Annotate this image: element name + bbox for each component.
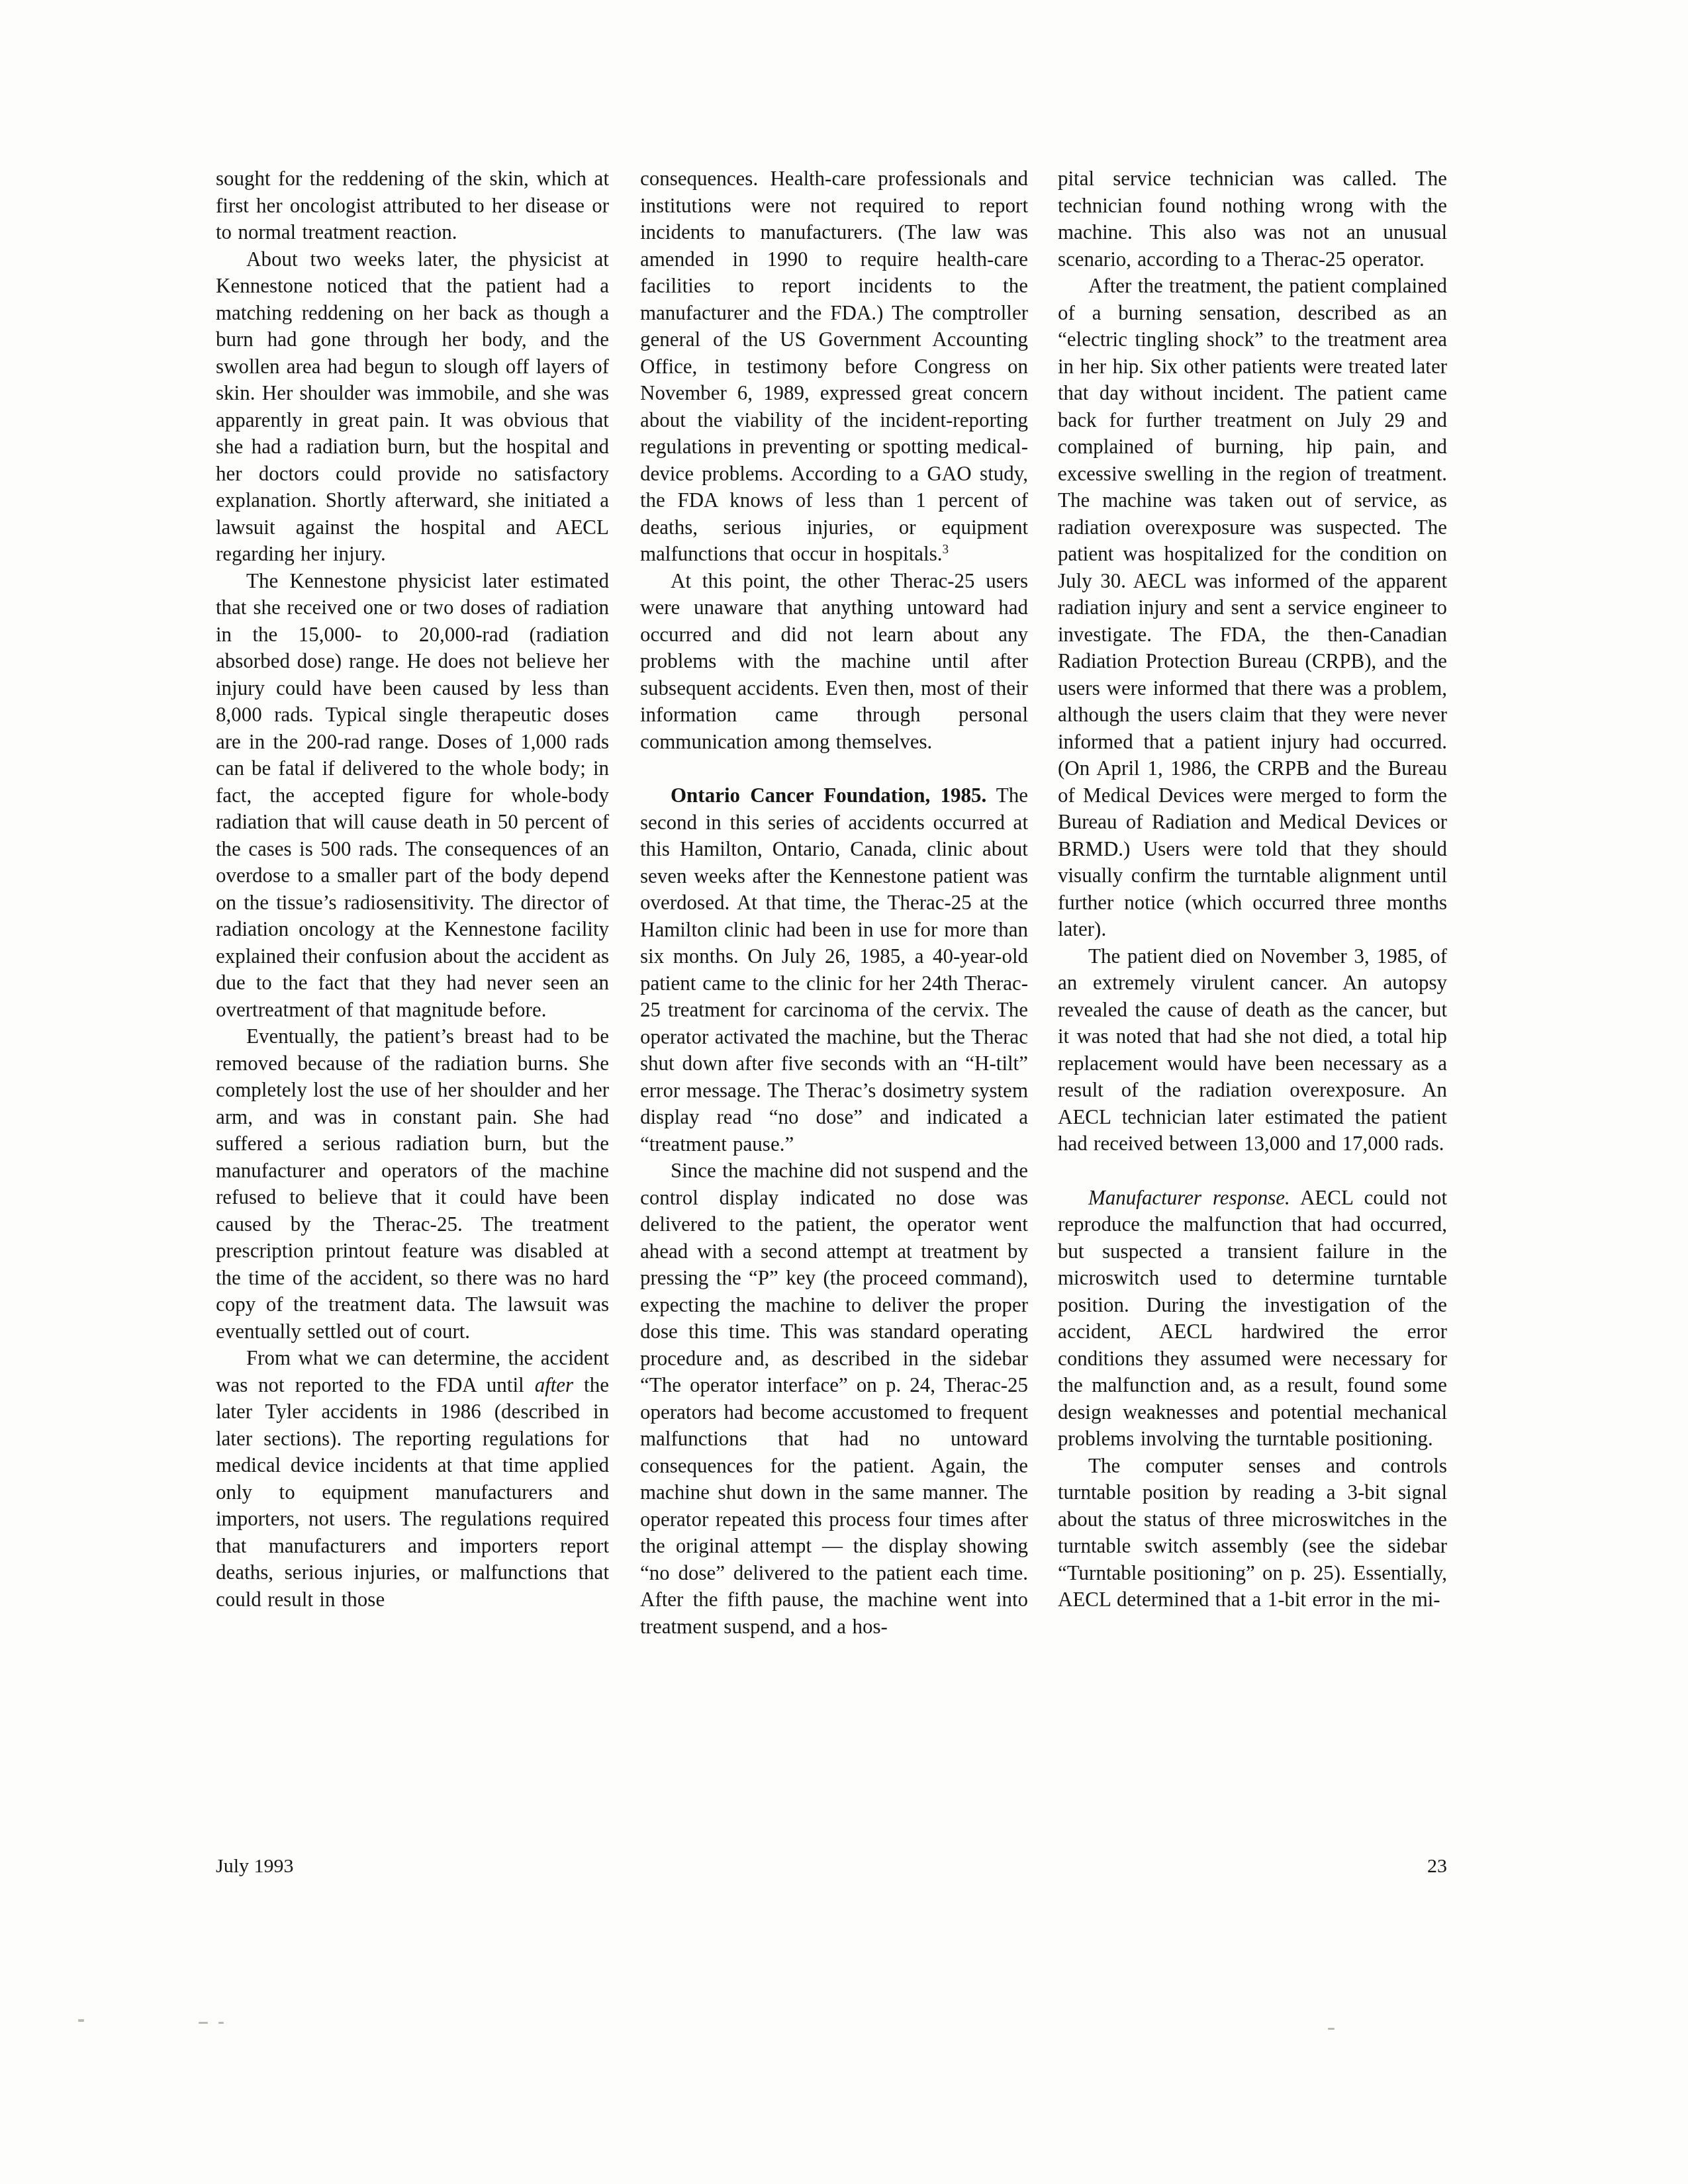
- scan-speck: [78, 2019, 84, 2022]
- footer-page-number: 23: [1427, 1854, 1447, 1878]
- paragraph: Manufacturer response. AECL could not re…: [1058, 1185, 1447, 1453]
- text-run-normal: The patient died on November 3, 1985, of…: [1058, 944, 1447, 1156]
- footnote-reference: 3: [942, 543, 949, 557]
- text-run-normal: The computer senses and controls turntab…: [1058, 1454, 1447, 1612]
- text-column-1: sought for the reddening of the skin, wh…: [216, 165, 609, 1613]
- text-run-bold: Ontario Cancer Foundation, 1985.: [671, 784, 986, 807]
- text-run-normal: pital service technician was called. The…: [1058, 167, 1447, 271]
- text-run-italic: after: [535, 1373, 574, 1396]
- paragraph: At this point, the other Therac-25 users…: [640, 568, 1028, 756]
- scan-speck: [218, 2022, 224, 2024]
- paragraph: Since the machine did not suspend and th…: [640, 1158, 1028, 1640]
- paragraph: The Kennestone physicist later estimated…: [216, 568, 609, 1024]
- text-run-normal: The Kennestone physicist later estimated…: [216, 569, 609, 1021]
- text-run-normal: consequences. Health-care professionals …: [640, 167, 1028, 565]
- paragraph: From what we can determine, the accident…: [216, 1345, 609, 1613]
- paragraph: The computer senses and controls turntab…: [1058, 1453, 1447, 1614]
- paragraph: sought for the reddening of the skin, wh…: [216, 165, 609, 246]
- footer-issue-date: July 1993: [216, 1854, 294, 1878]
- paragraph: About two weeks later, the physicist at …: [216, 246, 609, 568]
- text-run-normal: After the treatment, the patient complai…: [1058, 274, 1447, 940]
- text-column-2: consequences. Health-care professionals …: [640, 165, 1028, 1640]
- magazine-page: sought for the reddening of the skin, wh…: [0, 0, 1688, 2184]
- paragraph: After the treatment, the patient complai…: [1058, 273, 1447, 943]
- paragraph: Eventually, the patient’s breast had to …: [216, 1023, 609, 1345]
- text-run-normal: sought for the reddening of the skin, wh…: [216, 167, 609, 244]
- text-column-3: pital service technician was called. The…: [1058, 165, 1447, 1614]
- text-run-normal: Since the machine did not suspend and th…: [640, 1159, 1028, 1638]
- text-run-normal: The second in this series of accidents o…: [640, 784, 1028, 1156]
- text-run-normal: At this point, the other Therac-25 users…: [640, 569, 1028, 753]
- scan-speck: [199, 2022, 208, 2024]
- paragraph: Ontario Cancer Foundation, 1985. The sec…: [640, 782, 1028, 1158]
- text-run-normal: Eventually, the patient’s breast had to …: [216, 1024, 609, 1343]
- paragraph: pital service technician was called. The…: [1058, 165, 1447, 273]
- text-run-normal: About two weeks later, the physicist at …: [216, 248, 609, 566]
- scan-speck: [1328, 2028, 1335, 2030]
- text-run-normal: the later Tyler accidents in 1986 (descr…: [216, 1373, 609, 1611]
- text-run-normal: AECL could not reproduce the malfunction…: [1058, 1186, 1447, 1451]
- text-run-italic: Manufacturer response.: [1088, 1186, 1290, 1209]
- paragraph: The patient died on November 3, 1985, of…: [1058, 943, 1447, 1158]
- paragraph: consequences. Health-care professionals …: [640, 165, 1028, 568]
